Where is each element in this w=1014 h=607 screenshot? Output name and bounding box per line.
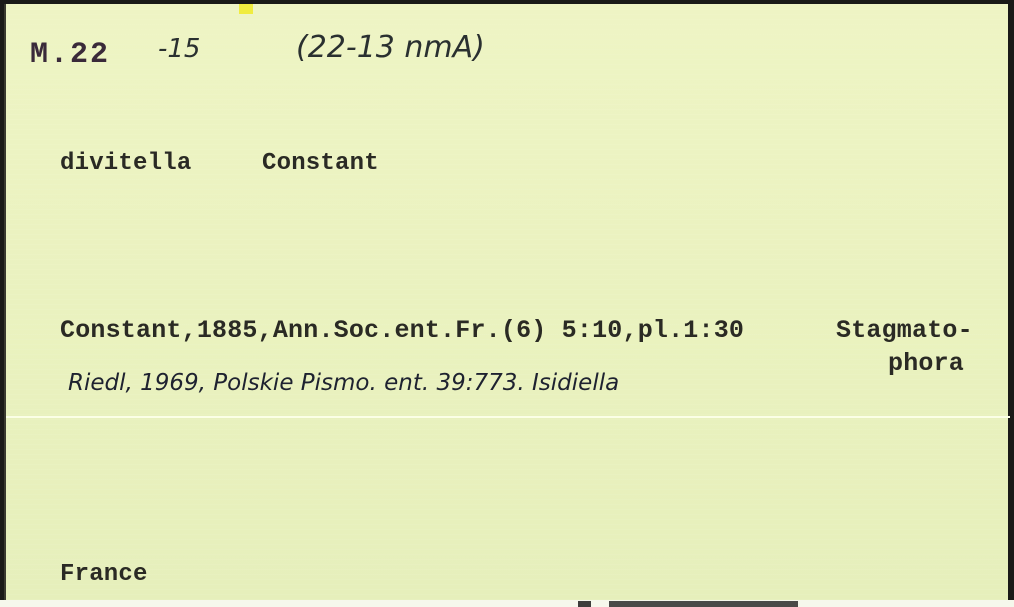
species-author: Constant	[262, 150, 379, 177]
alt-number-handwritten: (22-13 nmA)	[296, 30, 485, 65]
catalog-number: M.22	[30, 38, 110, 72]
locality: France	[60, 561, 148, 588]
catalog-suffix-handwritten: -15	[158, 34, 200, 64]
handwritten-citation: Riedl, 1969, Polskie Pismo. ent. 39:773.…	[68, 370, 619, 396]
original-genus-line2: phora	[888, 349, 964, 378]
species-name: divitella	[60, 150, 191, 177]
scan-artifact-line	[6, 416, 1010, 418]
next-card-ink-edge	[578, 601, 798, 607]
yellow-tab-marker	[239, 4, 253, 14]
original-genus-line1: Stagmato-	[836, 316, 973, 345]
index-card: M.22 -15 (22-13 nmA) divitella Constant …	[4, 4, 1008, 602]
bottom-edge	[0, 600, 1014, 607]
original-citation: Constant,1885,Ann.Soc.ent.Fr.(6) 5:10,pl…	[60, 316, 744, 345]
